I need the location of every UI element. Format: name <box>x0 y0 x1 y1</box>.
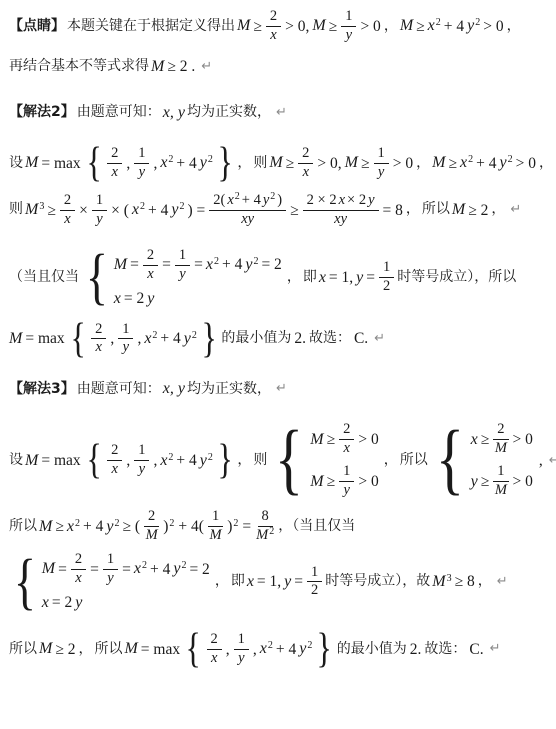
math-variable: M <box>24 153 39 173</box>
math-operator: + 4 <box>220 255 244 274</box>
equation-system: {M≥2x> 0M≥1y> 0 <box>270 421 380 500</box>
fraction-numerator: 2 <box>144 509 159 527</box>
math-variable: y <box>343 483 351 499</box>
math-operator: 1 <box>106 552 115 568</box>
math-fraction: 12 <box>307 565 322 600</box>
math-operator: = 1, <box>255 572 283 591</box>
math-variable: M2 <box>255 528 275 544</box>
set-content: 2x,1y,x2+ 4y2 <box>88 321 199 358</box>
braced-set: {2x,1y,x2+ 4y2} <box>84 442 236 479</box>
fraction-denominator: x <box>343 440 351 457</box>
fraction-denominator: 2 <box>310 582 319 599</box>
math-variable: x <box>74 571 82 587</box>
math-operator: 1 <box>137 443 146 459</box>
math-fraction: 2M <box>144 509 159 544</box>
superscript: 2 <box>268 640 273 651</box>
fraction-numerator: 1 <box>134 146 149 164</box>
fraction-denominator: x <box>110 164 118 181</box>
math-fraction: 1y <box>134 443 149 478</box>
math-operator: 1 <box>342 464 351 480</box>
left-brace-icon: { <box>275 428 303 493</box>
text-run: 则 <box>8 201 24 219</box>
math-operator: ≥ <box>45 201 58 220</box>
fraction-numerator: 1 <box>307 565 322 583</box>
math-variable: x2 <box>205 255 220 275</box>
fraction-numerator: 2 <box>107 146 122 164</box>
math-variable: x <box>338 193 346 209</box>
superscript: 2 <box>214 256 219 267</box>
math-fraction: 2x <box>298 146 313 181</box>
math-operator: = <box>240 517 253 536</box>
math-variable: M <box>344 153 359 173</box>
fraction-numerator: 2(x2+ 4y2) <box>209 193 286 211</box>
fraction-denominator: y <box>95 211 103 228</box>
fraction-denominator: x <box>302 164 310 181</box>
text-run: 故选： <box>423 641 467 659</box>
math-variable: y <box>470 472 479 492</box>
text-run: ， <box>538 155 554 173</box>
math-operator: 2 <box>269 9 278 25</box>
math-fraction: 2(x2+ 4y2)xy <box>209 193 286 228</box>
math-operator: > 0 <box>356 472 380 491</box>
section-label: 【点睛】 <box>8 18 66 36</box>
fraction-denominator: M2 <box>255 527 275 544</box>
math-operator: 2 <box>147 509 156 525</box>
system-row: x= 2y <box>41 593 212 613</box>
left-brace-icon: { <box>86 252 108 303</box>
fraction-denominator: 2 <box>382 278 391 295</box>
math-fraction: 1y <box>134 146 149 181</box>
solution2-setup-line: 设M= max{2x,1y,x2+ 4y2}，则M≥2x> 0,M≥1y> 0，… <box>8 145 550 182</box>
math-fraction: 1y <box>103 552 118 587</box>
math-operator: 8 <box>261 509 270 525</box>
math-operator: 2. <box>292 329 308 348</box>
math-variable: x2 <box>226 193 240 209</box>
math-operator: C. <box>352 329 370 348</box>
math-operator: > 0 <box>391 154 415 173</box>
math-operator: > 0 <box>511 430 535 449</box>
math-operator: + 4 <box>442 17 466 36</box>
math-fraction: 2x <box>266 9 281 44</box>
math-operator: 2 <box>110 146 119 162</box>
braced-set: {2x,1y,x2+ 4y2} <box>84 145 236 182</box>
text-run: 所以 <box>8 641 38 659</box>
math-operator: × <box>77 201 90 220</box>
fraction-numerator: 2 × 2x× 2y <box>303 193 379 211</box>
math-fraction: 2M <box>493 422 508 457</box>
fraction-denominator: y <box>377 164 385 181</box>
fraction-denominator: M <box>494 482 508 499</box>
math-operator: 1 <box>95 193 104 209</box>
set-content: 2x,1y,x2+ 4y2 <box>104 145 215 182</box>
math-operator: = max <box>23 329 66 348</box>
math-variable: y <box>146 289 155 309</box>
math-operator: , <box>151 154 159 173</box>
math-operator: > 0 <box>511 472 535 491</box>
math-operator: > 0, <box>315 154 343 173</box>
left-brace-icon: { <box>186 632 201 667</box>
superscript: 2 <box>181 560 186 571</box>
math-variable: x <box>113 289 122 309</box>
left-brace-icon: { <box>86 146 101 181</box>
math-variable: y <box>138 165 146 181</box>
math-operator: ≥ <box>327 17 340 36</box>
text-run: ， <box>490 201 506 219</box>
fraction-numerator: 8 <box>258 509 273 527</box>
text-run: ， <box>506 18 522 36</box>
math-fraction: 2x <box>60 193 75 228</box>
solution2-header-line: 【解法2】由题意可知：x, y均为正实数，↵ <box>8 103 550 123</box>
math-operator: = <box>192 255 205 274</box>
math-variable: y2 <box>498 153 513 173</box>
math-variable: x <box>470 430 479 450</box>
superscript: 3 <box>39 201 44 212</box>
math-variable: y2 <box>298 639 313 659</box>
math-operator: , <box>151 451 159 470</box>
paragraph-mark-icon: ↵ <box>374 331 385 347</box>
math-variable: x <box>94 340 102 356</box>
math-variable: M <box>309 472 324 492</box>
superscript: 2 <box>152 330 157 341</box>
math-operator: 2( <box>212 193 226 209</box>
math-operator: = 8 <box>381 201 405 220</box>
paragraph-mark-icon: ↵ <box>497 574 508 590</box>
math-operator: ≥ <box>325 472 338 491</box>
superscript: 3 <box>447 573 452 584</box>
math-variable: y <box>237 651 245 667</box>
fraction-numerator: 1 <box>374 146 389 164</box>
math-variable: y <box>283 572 292 592</box>
math-operator: 2 <box>94 322 103 338</box>
fraction-denominator: y <box>343 482 351 499</box>
text-run: 的最小值为 <box>336 641 408 659</box>
text-run: ， <box>214 573 230 591</box>
math-operator: 1 <box>496 464 505 480</box>
math-variable: M3 <box>431 572 452 592</box>
paragraph-mark-icon: ↵ <box>201 59 212 75</box>
math-operator: = 1, <box>327 268 355 287</box>
math-fraction: 2x <box>71 552 86 587</box>
math-operator: , <box>124 451 132 470</box>
system-row: M≥1y> 0 <box>309 463 380 500</box>
right-brace-icon: } <box>317 632 332 667</box>
math-operator: = <box>160 255 173 274</box>
math-operator: ≥ <box>284 154 297 173</box>
math-variable: xy <box>333 212 348 228</box>
math-operator: ≥ <box>479 430 492 449</box>
math-variable: x <box>110 165 118 181</box>
highlight-note-line-2: 再结合基本不等式求得M≥ 2 .↵ <box>8 57 550 77</box>
math-variable: y2 <box>466 16 481 36</box>
superscript: 2 <box>468 154 473 165</box>
superscript: 2 <box>235 191 240 202</box>
math-fraction: 1y <box>175 248 190 283</box>
math-variable: y <box>138 462 146 478</box>
fraction-numerator: 1 <box>175 248 190 266</box>
paragraph-mark-icon: ↵ <box>549 453 556 469</box>
math-operator: = 2 <box>50 593 74 612</box>
math-fraction: 8M2 <box>255 509 275 544</box>
text-run: ， <box>286 269 302 287</box>
fraction-denominator: x <box>74 570 82 587</box>
math-operator: 2 <box>74 552 83 568</box>
math-variable: y2 <box>183 329 198 349</box>
text-run: ，（当且仅当 <box>277 518 356 536</box>
fraction-numerator: 2 <box>493 422 508 440</box>
math-variable: y <box>106 571 114 587</box>
math-variable: M <box>209 528 223 544</box>
text-run: ， <box>415 155 431 173</box>
paragraph-mark-icon: ↵ <box>490 641 501 657</box>
text-run: 本题关键在于根据定义得出 <box>66 18 236 36</box>
fraction-numerator: 2 <box>60 193 75 211</box>
math-operator: > 0 <box>514 154 538 173</box>
math-variable: x2 <box>131 200 146 220</box>
braced-set: {2x,1y,x2+ 4y2} <box>68 321 220 358</box>
fraction-denominator: xy <box>240 211 255 228</box>
math-operator: ≥ <box>359 154 372 173</box>
math-fraction: 1y <box>339 464 354 499</box>
text-run: 设 <box>8 452 24 470</box>
math-variable: y <box>95 212 103 228</box>
math-fraction: 1y <box>374 146 389 181</box>
math-operator: + 4 <box>158 329 182 348</box>
solution2-inequality-line: 则M3≥2x×1y× (x2+ 4y2) =2(x2+ 4y2)xy≥2 × 2… <box>8 192 550 229</box>
system-row: M≥2x> 0 <box>309 421 380 458</box>
math-variable: M <box>150 57 165 77</box>
math-variable: M <box>431 153 446 173</box>
math-operator: = <box>56 560 69 579</box>
math-variable: M <box>399 16 414 36</box>
superscript: 2 <box>270 191 275 202</box>
math-variable: y2 <box>172 559 187 579</box>
left-brace-icon: { <box>435 428 463 493</box>
math-variable: x <box>146 267 154 283</box>
section-label: 【解法2】 <box>8 104 76 122</box>
math-operator: × 2 <box>346 193 367 209</box>
fraction-denominator: x <box>210 650 218 667</box>
fraction-numerator: 2 <box>266 9 281 27</box>
fraction-numerator: 2 <box>107 443 122 461</box>
fraction-denominator: y <box>237 650 245 667</box>
solution3-inequality-line: 所以M≥x2+ 4y2≥ (2M)2+ 4(1M)2=8M2，（当且仅当 <box>8 508 550 545</box>
math-operator: 2 <box>63 193 72 209</box>
math-variable: M <box>494 441 508 457</box>
system-row: y≥1M> 0 <box>470 463 535 500</box>
math-operator: 1 <box>237 632 246 648</box>
text-run: 由题意可知： <box>76 104 162 122</box>
math-variable: x2 <box>143 329 158 349</box>
math-variable: M <box>236 16 251 36</box>
math-operator: 2. <box>408 640 424 659</box>
math-variable: M <box>41 559 56 579</box>
text-run: ， <box>477 573 493 591</box>
math-variable: y2 <box>262 193 276 209</box>
solution2-conclusion-line: M= max{2x,1y,x2+ 4y2}的最小值为2.故选：C.↵ <box>8 321 550 358</box>
fraction-numerator: 2 <box>71 552 86 570</box>
math-operator: + 4 <box>474 154 498 173</box>
math-variable: M <box>123 639 138 659</box>
superscript: 2 <box>168 154 173 165</box>
text-run: 由题意可知： <box>76 381 162 399</box>
math-operator: + 4 <box>146 201 170 220</box>
math-operator: ≥ <box>288 201 301 220</box>
math-operator: ≥ <box>251 17 264 36</box>
math-operator: , <box>108 329 116 348</box>
math-operator: 1 <box>137 146 146 162</box>
superscript: 2 <box>508 154 513 165</box>
fraction-denominator: x <box>146 266 154 283</box>
math-fraction: 1M <box>208 509 223 544</box>
superscript: 2 <box>142 560 147 571</box>
superscript: 2 <box>75 518 80 529</box>
superscript: 2 <box>269 526 274 537</box>
math-operator: > 0 <box>358 17 382 36</box>
math-operator: + 4 <box>174 451 198 470</box>
text-run: ， <box>77 641 93 659</box>
math-fraction: 2x <box>107 146 122 181</box>
superscript: 2 <box>208 452 213 463</box>
math-operator: ) = <box>185 201 207 220</box>
system-rows: M=2x=1y=x2+ 4y2= 2x= 2y <box>40 551 212 613</box>
math-fraction: 2x <box>339 422 354 457</box>
system-rows: M=2x=1y=x2+ 4y2= 2x= 2y <box>112 247 284 309</box>
math-operator: 2 <box>110 443 119 459</box>
math-operator: , <box>135 329 143 348</box>
equation-system: {M=2x=1y=x2+ 4y2= 2x= 2y <box>82 247 284 309</box>
math-variable: M <box>311 16 326 36</box>
fraction-denominator: M <box>145 527 159 544</box>
superscript: 2 <box>192 330 197 341</box>
paragraph-mark-icon: ↵ <box>276 105 287 121</box>
math-operator: 1 <box>344 9 353 25</box>
fraction-numerator: 1 <box>339 464 354 482</box>
math-variable: y2 <box>244 255 259 275</box>
fraction-denominator: y <box>122 339 130 356</box>
text-run: 再结合基本不等式求得 <box>8 58 150 76</box>
text-run: 时等号成立），所以 <box>396 269 517 287</box>
math-operator: 2 <box>146 248 155 264</box>
math-operator: + 4( <box>176 517 206 536</box>
math-variable: y <box>122 340 130 356</box>
math-variable: M <box>8 329 23 349</box>
math-variable: y <box>367 193 375 209</box>
math-variable: x <box>63 212 71 228</box>
text-run: ， <box>383 452 399 470</box>
math-variable: y2 <box>199 451 214 471</box>
text-run: 所以 <box>399 452 429 470</box>
math-fraction: 1y <box>341 9 356 44</box>
math-operator: 2 <box>496 422 505 438</box>
math-variable: x <box>210 651 218 667</box>
math-operator: ≥ 8 <box>453 572 477 591</box>
fraction-numerator: 2 <box>339 422 354 440</box>
math-operator: = <box>120 560 133 579</box>
equation-system: {x≥2M> 0y≥1M> 0 <box>431 421 535 500</box>
text-run: （当且仅当 <box>8 269 80 287</box>
math-operator: = max <box>39 154 82 173</box>
math-operator: , <box>124 154 132 173</box>
math-variable: y <box>355 268 364 288</box>
math-variable: y <box>178 267 186 283</box>
fraction-numerator: 2 <box>298 146 313 164</box>
math-operator: = 2 <box>122 289 146 308</box>
fraction-numerator: 2 <box>143 248 158 266</box>
fraction-denominator: x <box>110 461 118 478</box>
text-run: 即 <box>302 269 318 287</box>
fraction-numerator: 2 <box>207 632 222 650</box>
math-operator: 1 <box>382 260 391 276</box>
text-run: 的最小值为 <box>220 330 292 348</box>
math-variable: M <box>38 517 53 537</box>
math-variable: x <box>343 441 351 457</box>
solution3-setup-line: 设M= max{2x,1y,x2+ 4y2}，则{M≥2x> 0M≥1y> 0，… <box>8 421 550 500</box>
math-operator: + 4 <box>81 517 105 536</box>
math-operator: > 0 <box>356 430 380 449</box>
fraction-denominator: y <box>345 27 353 44</box>
math-operator: > 0 <box>481 17 505 36</box>
right-brace-icon: } <box>201 322 216 357</box>
math-variable: x2 <box>459 153 474 173</box>
math-variable: x2 <box>133 559 148 579</box>
fraction-numerator: 2 <box>91 322 106 340</box>
math-variable: x <box>41 593 50 613</box>
text-run: 均为正实数， <box>186 381 272 399</box>
math-fraction: 1y <box>234 632 249 667</box>
math-variable: M <box>309 430 324 450</box>
math-operator: + 4 <box>148 560 172 579</box>
text-run: 即 <box>230 573 246 591</box>
fraction-numerator: 1 <box>208 509 223 527</box>
math-fraction: 1y <box>118 322 133 357</box>
math-operator: = <box>364 268 377 287</box>
fraction-denominator: xy <box>333 211 348 228</box>
math-variable: y <box>74 593 83 613</box>
math-operator: 2 <box>342 422 351 438</box>
fraction-denominator: M <box>209 527 223 544</box>
fraction-denominator: y <box>138 164 146 181</box>
math-operator: + 4 <box>174 154 198 173</box>
left-brace-icon: { <box>14 557 36 608</box>
math-variable: M <box>268 153 283 173</box>
math-operator: )2 <box>161 517 176 536</box>
text-run: 时等号成立），故 <box>324 573 431 591</box>
solution3-header-line: 【解法3】由题意可知：x, y均为正实数，↵ <box>8 379 550 399</box>
math-operator: = max <box>39 451 82 470</box>
math-operator: × ( <box>109 201 131 220</box>
left-brace-icon: { <box>86 443 101 478</box>
text-run: 均为正实数， <box>186 104 272 122</box>
math-operator: + 4 <box>241 193 262 209</box>
math-operator: = <box>88 560 101 579</box>
system-row: x≥2M> 0 <box>470 421 535 458</box>
set-content: 2x,1y,x2+ 4y2 <box>104 442 215 479</box>
math-variable: y <box>345 28 353 44</box>
math-operator: 2 <box>310 583 319 599</box>
fraction-numerator: 1 <box>134 443 149 461</box>
math-fraction: 2 × 2x× 2yxy <box>303 193 379 228</box>
math-operator: ≥ <box>325 430 338 449</box>
paragraph-mark-icon: ↵ <box>276 381 287 397</box>
right-brace-icon: } <box>217 443 232 478</box>
math-variable: M <box>145 528 159 544</box>
math-variable: x <box>318 268 327 288</box>
system-rows: M≥2x> 0M≥1y> 0 <box>308 421 380 500</box>
math-operator: ≥ <box>53 517 66 536</box>
fraction-numerator: 1 <box>103 552 118 570</box>
math-operator: 1 <box>121 322 130 338</box>
superscript: 2 <box>208 154 213 165</box>
